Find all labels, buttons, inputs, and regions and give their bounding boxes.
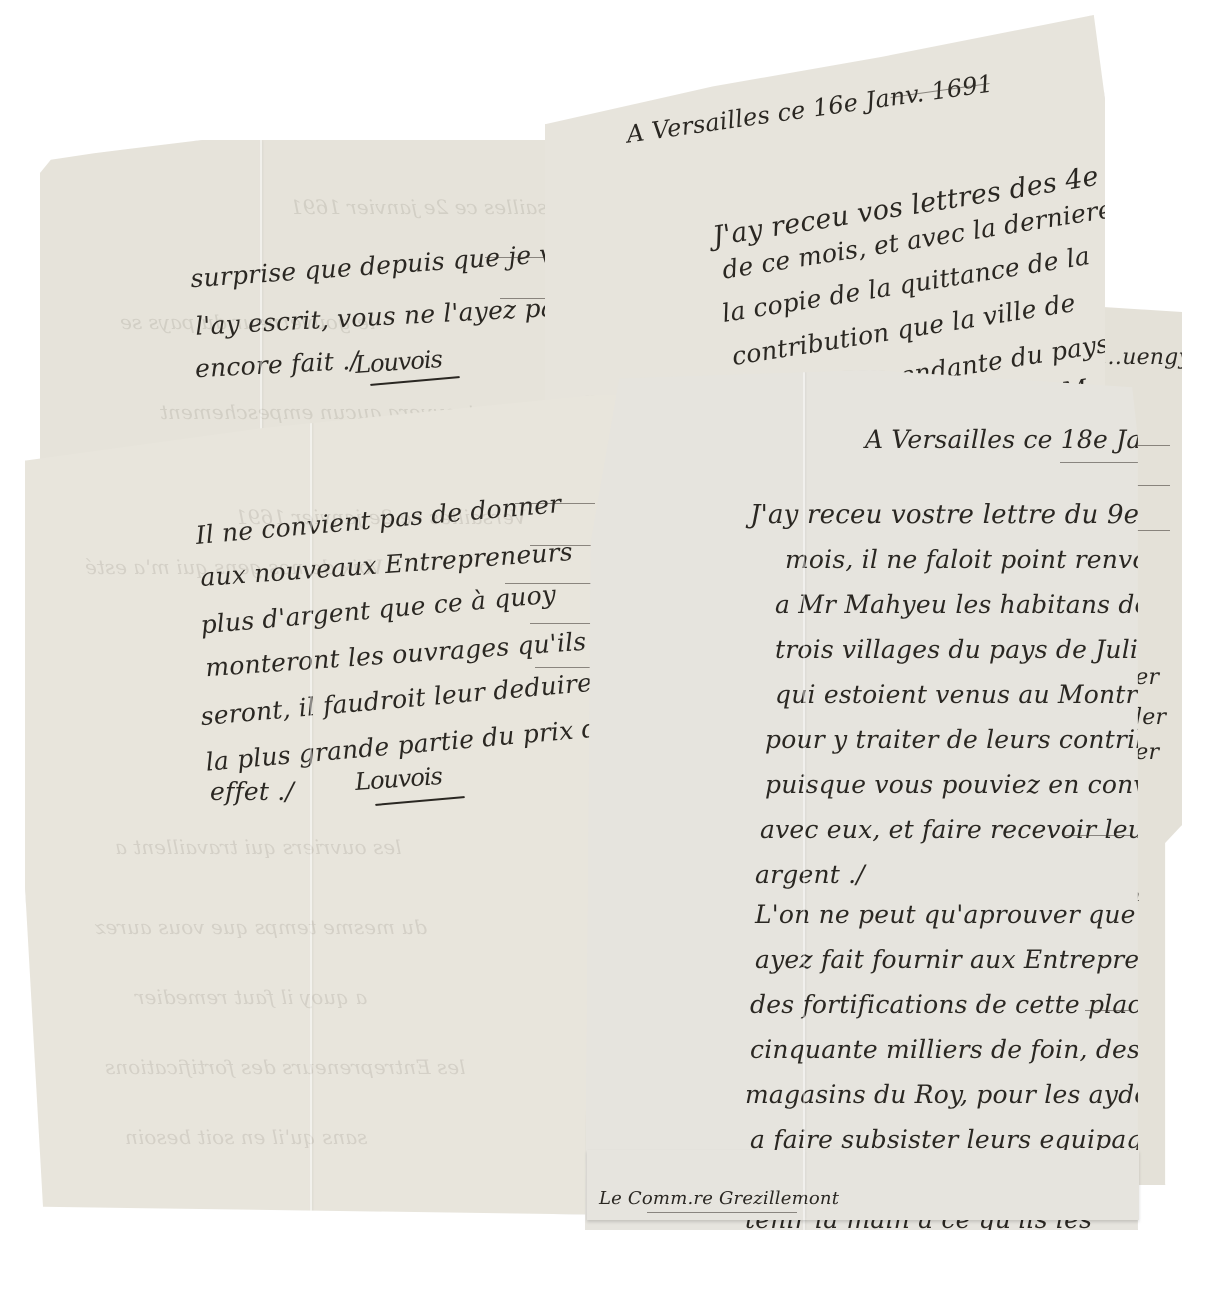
letter-date: A Versailles ce 16e Janv. 1691 <box>625 69 995 148</box>
letter-line: mois, il ne faloit point renvoyer <box>785 545 1189 574</box>
date-underline <box>1060 462 1140 463</box>
ruled-line <box>515 503 595 504</box>
letter-sheet-middle-left: Versailles ce 2e janvier 1691 Voix de no… <box>25 395 625 1215</box>
ruled-line <box>1085 1010 1130 1011</box>
paper-fold <box>803 370 805 1230</box>
letter-line: avec eux, et faire recevoir leur <box>760 815 1156 844</box>
ruled-line <box>505 583 600 584</box>
ruled-line <box>530 545 600 546</box>
ruled-line <box>1065 835 1130 836</box>
paper-fold <box>803 1150 805 1220</box>
letter-line: des fortifications de cette place <box>750 990 1157 1019</box>
letter-line: cinquante milliers de foin, des <box>750 1035 1140 1064</box>
bleed-through-text: a quoy il faut remedier <box>135 985 367 1009</box>
letter-line: L'on ne peut qu'aprouver que vous <box>755 900 1203 929</box>
letter-line: encore fait ./ <box>194 346 359 384</box>
letter-line: effet ./ <box>210 777 294 806</box>
signature: Louvois <box>354 345 443 379</box>
fragment-text: …uengy <box>1100 345 1191 370</box>
signature-flourish <box>375 796 465 806</box>
bleed-through-text: les Entrepreneurs des fortifications <box>105 1055 466 1079</box>
bleed-through-text: sans qu'il en soit besoin <box>125 1125 367 1149</box>
letter-line: surprise que depuis que je vous <box>189 236 599 293</box>
letter-line: qui estoient venus au Montroyal <box>775 680 1191 709</box>
letter-sheet-front-right: A Versailles ce 18e Janv. 1691 J'ay rece… <box>585 370 1155 1230</box>
letter-line: puisque vous pouviez en convenir <box>765 770 1199 799</box>
ruled-line <box>530 623 600 624</box>
bleed-through-text: du mesme temps que vous aurez <box>95 915 427 939</box>
bleed-through-text: Versailles ce 2e janvier 1691 <box>290 195 582 219</box>
bleed-through-text: les ouvriers qui travaillent a <box>115 835 401 859</box>
letter-line: a Mr Mahyeu les habitans des <box>775 590 1163 619</box>
letter-sheet-front-right-footer: Le Comm.re Grezillemont <box>587 1150 1139 1220</box>
letter-line: l'ay escrit, vous ne l'ayez pas <box>194 292 569 341</box>
letter-line: plus d'argent que ce à quoy <box>199 580 557 640</box>
letter-line: magasins du Roy, pour les ayder <box>745 1080 1161 1109</box>
paper-fold <box>260 140 262 470</box>
signature-flourish <box>370 376 460 386</box>
paper-fold <box>310 395 312 1215</box>
signature: Louvois <box>354 762 443 796</box>
letter-line: trois villages du pays de Juliers <box>775 635 1178 664</box>
addressee-underline <box>647 1212 797 1213</box>
letter-line: argent ./ <box>755 860 865 889</box>
